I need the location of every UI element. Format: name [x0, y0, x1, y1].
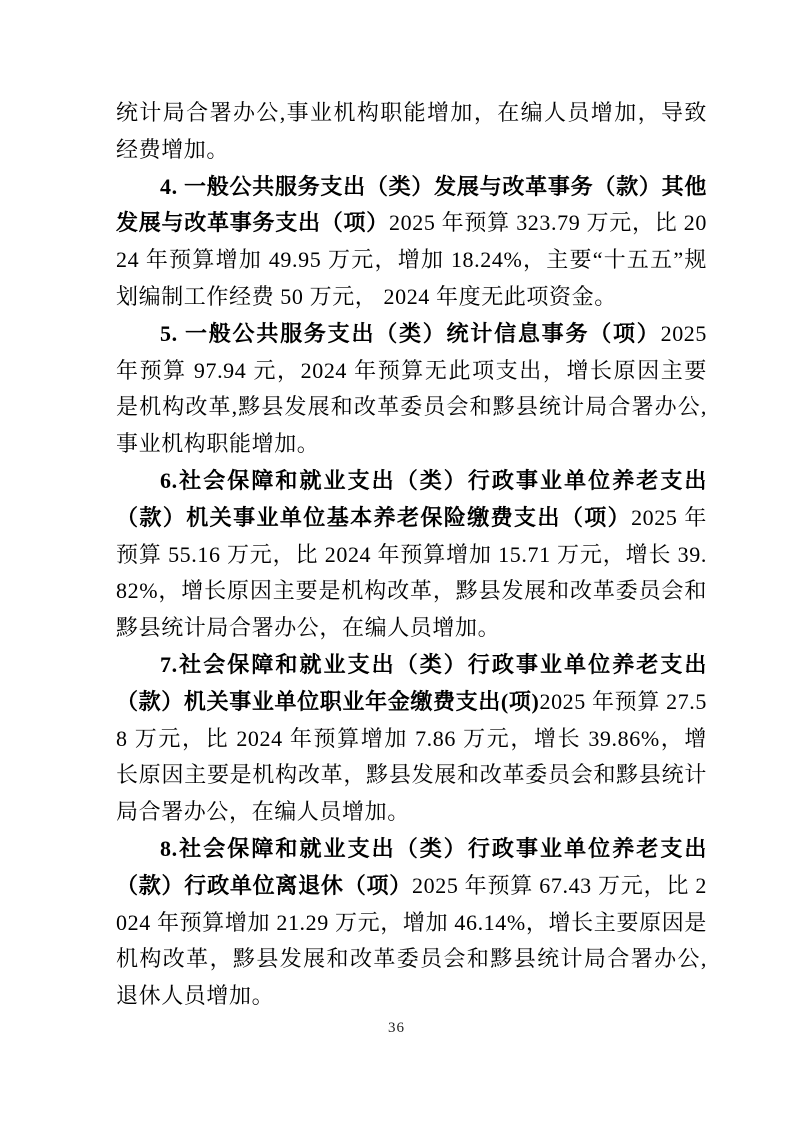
page-footer: 36 — [0, 1020, 793, 1037]
paragraph-item-8: 8.社会保障和就业支出（类）行政事业单位养老支出（款）行政单位离退休（项）202… — [116, 831, 707, 1015]
page-number: 36 — [388, 1020, 405, 1036]
item-5-heading: 5. 一般公共服务支出（类）统计信息事务（项） — [160, 321, 661, 346]
page-content: 统计局合署办公,事业机构职能增加，在编人员增加，导致经费增加。 4. 一般公共服… — [116, 95, 707, 1015]
paragraph-item-5: 5. 一般公共服务支出（类）统计信息事务（项）2025 年预算 97.94 元，… — [116, 316, 707, 463]
paragraph-item-6: 6.社会保障和就业支出（类）行政事业单位养老支出（款）机关事业单位基本养老保险缴… — [116, 463, 707, 647]
paragraph-continuation: 统计局合署办公,事业机构职能增加，在编人员增加，导致经费增加。 — [116, 95, 707, 169]
item-6-heading: 6.社会保障和就业支出（类）行政事业单位养老支出（款）机关事业单位基本养老保险缴… — [116, 468, 707, 530]
paragraph-item-4: 4. 一般公共服务支出（类）发展与改革事务（款）其他发展与改革事务支出（项）20… — [116, 169, 707, 316]
paragraph-text: 统计局合署办公,事业机构职能增加，在编人员增加，导致经费增加。 — [116, 100, 707, 162]
document-page: 统计局合署办公,事业机构职能增加，在编人员增加，导致经费增加。 4. 一般公共服… — [0, 0, 793, 1122]
paragraph-item-7: 7.社会保障和就业支出（类）行政事业单位养老支出（款）机关事业单位职业年金缴费支… — [116, 647, 707, 831]
